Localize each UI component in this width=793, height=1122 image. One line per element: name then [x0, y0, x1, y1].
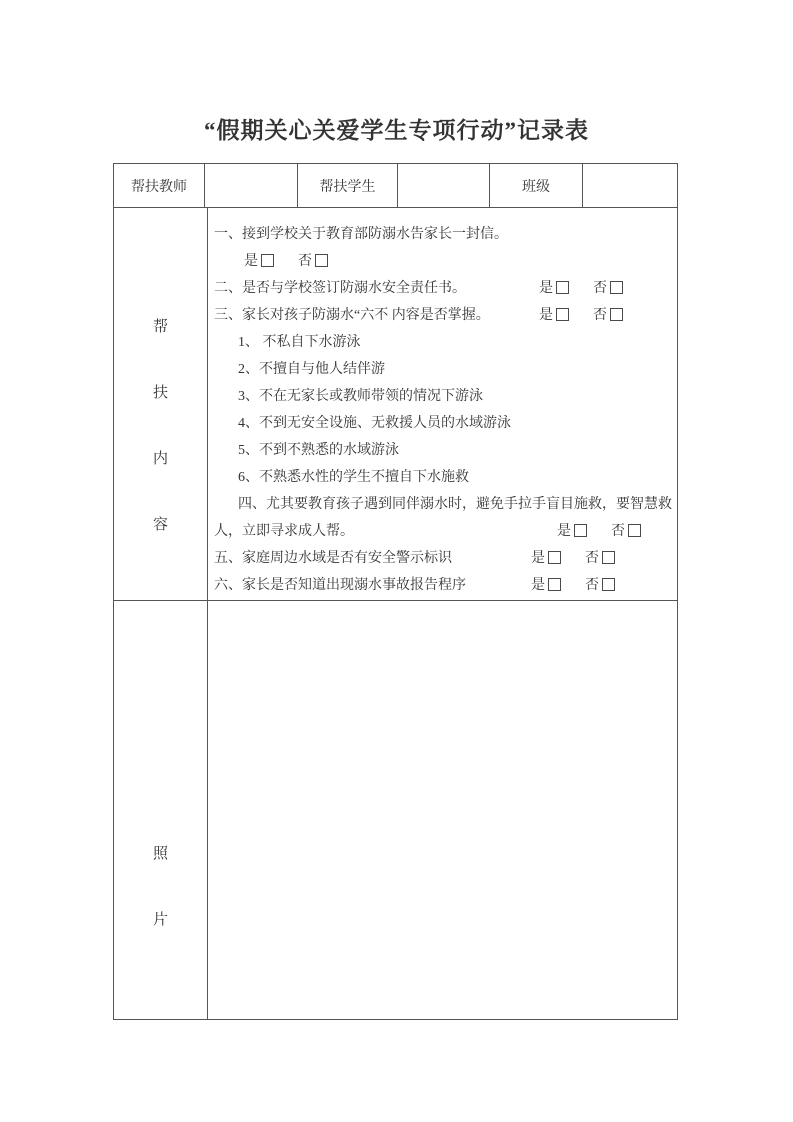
- row-label-help-content: 帮 扶 内 容: [114, 208, 208, 600]
- yes-option: 是: [557, 520, 587, 540]
- no-option-label: 否: [585, 574, 599, 594]
- content-line-text: 2、不擅自与他人结伴游: [238, 358, 385, 378]
- no-option-checkbox-icon[interactable]: [628, 524, 641, 537]
- no-option-label: 否: [585, 547, 599, 567]
- yes-no-group: 是否: [244, 250, 328, 270]
- no-option-checkbox-icon[interactable]: [315, 254, 328, 267]
- content-line: 一、接到学校关于教育部防溺水告家长一封信。: [214, 219, 671, 246]
- content-line: 四、尤其要教育孩子遇到同伴溺水时，避免手拉手盲目施救，要智慧救: [214, 489, 671, 516]
- student-label: 帮扶学生: [298, 164, 398, 207]
- content-line-text: 一、接到学校关于教育部防溺水告家长一封信。: [214, 223, 508, 243]
- content-line-text: 三、家长对孩子防溺水“六不 内容是否掌握。: [214, 304, 490, 324]
- no-option: 否: [611, 520, 641, 540]
- no-option: 否: [298, 250, 328, 270]
- yes-option: 是: [244, 250, 274, 270]
- content-line: 1、 不私自下水游泳: [214, 327, 671, 354]
- help-content-row: 帮 扶 内 容 一、接到学校关于教育部防溺水告家长一封信。是否二、是否与学校签订…: [114, 208, 677, 601]
- content-line: 六、家长是否知道出现溺水事故报告程序是否: [214, 570, 671, 597]
- yes-option-label: 是: [244, 250, 258, 270]
- label-char: 照: [153, 842, 168, 863]
- photo-label: 照 片: [153, 842, 168, 929]
- content-line-text: 五、家庭周边水域是否有安全警示标识: [214, 547, 452, 567]
- no-option-checkbox-icon[interactable]: [610, 308, 623, 321]
- no-option-label: 否: [611, 520, 625, 540]
- label-char: 容: [153, 513, 168, 534]
- yes-option-label: 是: [531, 547, 545, 567]
- no-option-checkbox-icon[interactable]: [610, 281, 623, 294]
- no-option: 否: [593, 304, 623, 324]
- row-label-photo: 照 片: [114, 601, 208, 1019]
- content-line: 五、家庭周边水域是否有安全警示标识是否: [214, 543, 671, 570]
- yes-option: 是: [531, 547, 561, 567]
- content-line-text: 4、不到无安全设施、无救援人员的水域游泳: [238, 412, 511, 432]
- no-option-checkbox-icon[interactable]: [602, 551, 615, 564]
- content-line: 5、不到不熟悉的水域游泳: [214, 435, 671, 462]
- teacher-label: 帮扶教师: [114, 164, 205, 207]
- yes-no-group: 是否: [557, 520, 641, 540]
- content-line-text: 6、不熟悉水性的学生不擅自下水施救: [238, 466, 469, 486]
- teacher-value-field[interactable]: [205, 164, 298, 207]
- content-line-text: 六、家长是否知道出现溺水事故报告程序: [214, 574, 466, 594]
- yes-option-label: 是: [539, 277, 553, 297]
- no-option-label: 否: [298, 250, 312, 270]
- content-line: 3、不在无家长或教师带领的情况下游泳: [214, 381, 671, 408]
- content-line-text: 3、不在无家长或教师带领的情况下游泳: [238, 385, 483, 405]
- page-title: “假期关心关爱学生专项行动”记录表: [0, 114, 793, 148]
- yes-option-checkbox-icon[interactable]: [548, 551, 561, 564]
- yes-option-label: 是: [539, 304, 553, 324]
- content-line: 是否: [214, 246, 671, 273]
- no-option-label: 否: [593, 277, 607, 297]
- student-value-field[interactable]: [398, 164, 490, 207]
- yes-option-checkbox-icon[interactable]: [574, 524, 587, 537]
- class-value-field[interactable]: [583, 164, 677, 207]
- label-char: 内: [153, 447, 168, 468]
- yes-option-checkbox-icon[interactable]: [556, 308, 569, 321]
- content-line-text: 四、尤其要教育孩子遇到同伴溺水时，避免手拉手盲目施救，要智慧救: [238, 493, 672, 513]
- content-line-text: 1、 不私自下水游泳: [238, 331, 361, 351]
- yes-option: 是: [539, 304, 569, 324]
- no-option: 否: [593, 277, 623, 297]
- content-line-text: 人，立即寻求成人帮。: [214, 520, 354, 540]
- yes-option: 是: [531, 574, 561, 594]
- class-label: 班级: [490, 164, 583, 207]
- help-content-label: 帮 扶 内 容: [153, 315, 168, 534]
- header-row: 帮扶教师 帮扶学生 班级: [114, 164, 677, 208]
- content-line: 6、不熟悉水性的学生不擅自下水施救: [214, 462, 671, 489]
- document-page: “假期关心关爱学生专项行动”记录表 帮扶教师 帮扶学生 班级 帮 扶 内 容 一…: [0, 0, 793, 1122]
- label-char: 帮: [153, 315, 168, 336]
- label-char: 扶: [153, 381, 168, 402]
- content-line-text: 5、不到不熟悉的水域游泳: [238, 439, 399, 459]
- no-option: 否: [585, 547, 615, 567]
- yes-no-group: 是否: [531, 547, 615, 567]
- help-content-cell: 一、接到学校关于教育部防溺水告家长一封信。是否二、是否与学校签订防溺水安全责任书…: [208, 208, 677, 600]
- yes-option-checkbox-icon[interactable]: [261, 254, 274, 267]
- yes-no-group: 是否: [539, 277, 623, 297]
- content-line: 三、家长对孩子防溺水“六不 内容是否掌握。是否: [214, 300, 671, 327]
- content-line-text: 二、是否与学校签订防溺水安全责任书。: [214, 277, 466, 297]
- yes-option-label: 是: [557, 520, 571, 540]
- no-option-label: 否: [593, 304, 607, 324]
- yes-option-checkbox-icon[interactable]: [556, 281, 569, 294]
- content-line: 人，立即寻求成人帮。是否: [214, 516, 671, 543]
- content-line: 二、是否与学校签订防溺水安全责任书。是否: [214, 273, 671, 300]
- no-option-checkbox-icon[interactable]: [602, 578, 615, 591]
- label-char: 片: [153, 908, 168, 929]
- no-option: 否: [585, 574, 615, 594]
- photo-row: 照 片: [114, 601, 677, 1019]
- yes-option-checkbox-icon[interactable]: [548, 578, 561, 591]
- yes-no-group: 是否: [539, 304, 623, 324]
- yes-option: 是: [539, 277, 569, 297]
- photo-placeholder-area[interactable]: [208, 601, 677, 1019]
- yes-option-label: 是: [531, 574, 545, 594]
- content-line: 2、不擅自与他人结伴游: [214, 354, 671, 381]
- content-line: 4、不到无安全设施、无救援人员的水域游泳: [214, 408, 671, 435]
- record-table: 帮扶教师 帮扶学生 班级 帮 扶 内 容 一、接到学校关于教育部防溺水告家长一封…: [113, 163, 678, 1020]
- yes-no-group: 是否: [531, 574, 615, 594]
